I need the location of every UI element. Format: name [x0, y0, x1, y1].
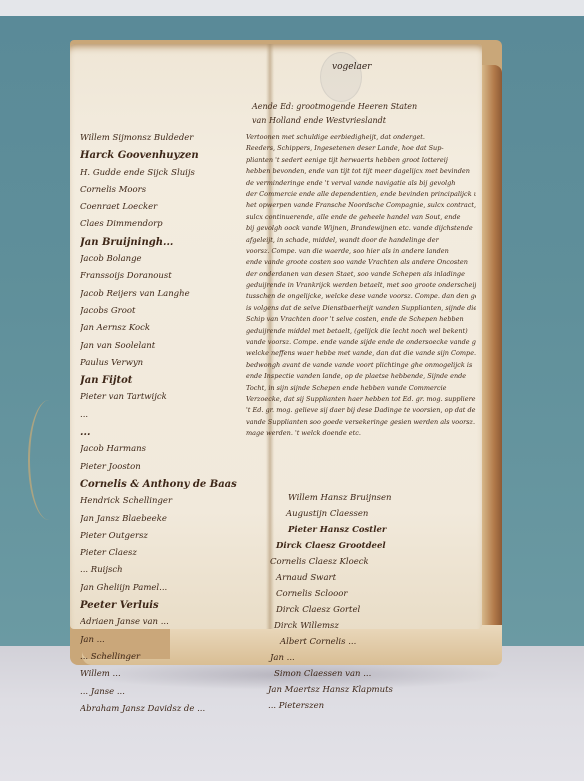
petition-body-text: Vertoonen met schuldige eerbiedigheijt, … — [246, 132, 476, 440]
text-line: Verzoecke, dat sij Supplianten haer hebb… — [246, 394, 476, 405]
signature: Claes Dimmendorp — [80, 216, 237, 233]
text-line: bij gevolgh oock vande Wijnen, Brandewij… — [246, 223, 476, 234]
signature: ... Ruijsch — [80, 562, 237, 579]
signature: Arnaud Swart — [266, 570, 393, 586]
signature: Jan ... — [266, 650, 393, 666]
text-line: vande voorsz. Compe. ende vande sijde en… — [246, 337, 476, 348]
text-line: Reeders, Schippers, Ingesetenen deser La… — [246, 143, 476, 154]
signature: ... Janse ... — [80, 684, 237, 701]
signature: Hendrick Schellinger — [80, 493, 237, 510]
text-line: plianten 't sedert eenige tijt herwaerts… — [246, 155, 476, 166]
right-signature-column: Willem Hansz Bruijnsen Augustijn Claesse… — [266, 490, 393, 714]
text-line: hebben bevonden, ende van tijt tot tijt … — [246, 166, 476, 177]
text-line: Schip van Vrachten door 't selve costen,… — [246, 314, 476, 325]
signature: Augustijn Claessen — [266, 506, 393, 522]
text-line: 't Ed. gr. mog. gelieve sij daer bij des… — [246, 405, 476, 416]
address-line: van Holland ende Westvrieslandt — [252, 114, 417, 128]
signature: ... — [80, 407, 237, 424]
signature: Jacob Bolange — [80, 251, 237, 268]
signature: Pieter Outgersz — [80, 528, 237, 545]
signature: Adriaen Janse van ... — [80, 614, 237, 631]
text-line: is volgens dat de selve Dienstbaerheijt … — [246, 303, 476, 314]
signature: Cornelis Claesz Kloeck — [266, 554, 393, 570]
signature: ... — [80, 424, 237, 441]
text-line: der Commercie ende alle dependentien, en… — [246, 189, 476, 200]
faded-seal-stamp — [320, 52, 362, 102]
signature: Willem ... — [80, 666, 237, 683]
signature: Jan Aernsz Kock — [80, 320, 237, 337]
signature: Pieter Jooston — [80, 459, 237, 476]
signature: Pieter Hansz Costler — [266, 522, 393, 538]
text-line: het opwerpen vande Fransche Noordsche Co… — [246, 200, 476, 211]
signature: Albert Cornelis ... — [266, 634, 393, 650]
signature: Jan Maertsz Hansz Klapmuts — [266, 682, 393, 698]
top-label: vogelaer — [332, 62, 371, 72]
signature: Willem Hansz Bruijnsen — [266, 490, 393, 506]
text-line: geduijrende middel met betaelt, (gelijck… — [246, 326, 476, 337]
text-line: bedwongh avant de vande vande voort plic… — [246, 360, 476, 371]
signature: Jacobs Groot — [80, 303, 237, 320]
text-line: tusschen de ongelijcke, welcke dese vand… — [246, 291, 476, 302]
signature: Jan Jansz Blaebeeke — [80, 511, 237, 528]
text-line: voorsz. Compe. van die waerde, soo hier … — [246, 246, 476, 257]
text-line: Tocht, in sijn sijnde Schepen ende hebbe… — [246, 383, 476, 394]
wall — [0, 0, 584, 16]
signature: Jan Fijtot — [80, 372, 237, 389]
signature: ... Pieterszen — [266, 698, 393, 714]
signature: Jan van Soolelant — [80, 338, 237, 355]
signature: Jan Gheliijn Pamel... — [80, 580, 237, 597]
signature: Franssoijs Doranoust — [80, 268, 237, 285]
text-line: geduijrende in Vrankrijck werden betaelt… — [246, 280, 476, 291]
address-block: Aende Ed: grootmogende Heeren Staten van… — [252, 100, 417, 128]
signature: Jacob Reijers van Langhe — [80, 286, 237, 303]
signature: Peeter Verluis — [80, 597, 237, 614]
text-line: der onderdanen van desen Staet, soo vand… — [246, 269, 476, 280]
signature: Jacob Harmans — [80, 441, 237, 458]
signature: Jan Bruijningh... — [80, 234, 237, 251]
signature: Cornelis Sclooor — [266, 586, 393, 602]
signature: Jan ... — [80, 632, 237, 649]
signature: H. Gudde ende Sijck Sluijs — [80, 165, 237, 182]
text-line: welcke neffens waer hebbe met vande, dan… — [246, 348, 476, 359]
text-line: Vertoonen met schuldige eerbiedigheijt, … — [246, 132, 476, 143]
text-line: de verminderinge ende 't verval vande na… — [246, 178, 476, 189]
signature: Simon Claessen van ... — [266, 666, 393, 682]
signature: Paulus Verwyn — [80, 355, 237, 372]
left-signature-column: Willem Sijmonsz Buldeder Harck Goovenhuy… — [80, 130, 237, 718]
text-line: sulcx continuerende, alle ende de geheel… — [246, 212, 476, 223]
page-edges-right — [482, 65, 502, 655]
signature: Coenraet Loecker — [80, 199, 237, 216]
text-line: afgeleijt, in schade, middel, wandt door… — [246, 235, 476, 246]
signature: Abraham Jansz Davidsz de ... — [80, 701, 237, 718]
text-line: ende Inspectie vanden lande, op de plaet… — [246, 371, 476, 382]
signature: Harck Goovenhuyzen — [80, 147, 237, 164]
signature: Dirck Willemsz — [266, 618, 393, 634]
signature: Dirck Claesz Grootdeel — [266, 538, 393, 554]
binding-thread — [28, 400, 70, 520]
signature: Cornelis & Anthony de Baas — [80, 476, 237, 493]
text-line: mage werden. 't welck doende etc. — [246, 428, 476, 439]
text-line: ende vande groote costen soo vande Vrach… — [246, 257, 476, 268]
signature: Cornelis Moors — [80, 182, 237, 199]
signature: ... Schellinger — [80, 649, 237, 666]
address-line: Aende Ed: grootmogende Heeren Staten — [252, 100, 417, 114]
text-line: vande Supplianten soo goede versekeringe… — [246, 417, 476, 428]
signature: Pieter Claesz — [80, 545, 237, 562]
signature: Dirck Claesz Gortel — [266, 602, 393, 618]
signature: Willem Sijmonsz Buldeder — [80, 130, 237, 147]
signature: Pieter van Tartwijck — [80, 389, 237, 406]
manuscript-book: vogelaer Aende Ed: grootmogende Heeren S… — [70, 40, 502, 665]
